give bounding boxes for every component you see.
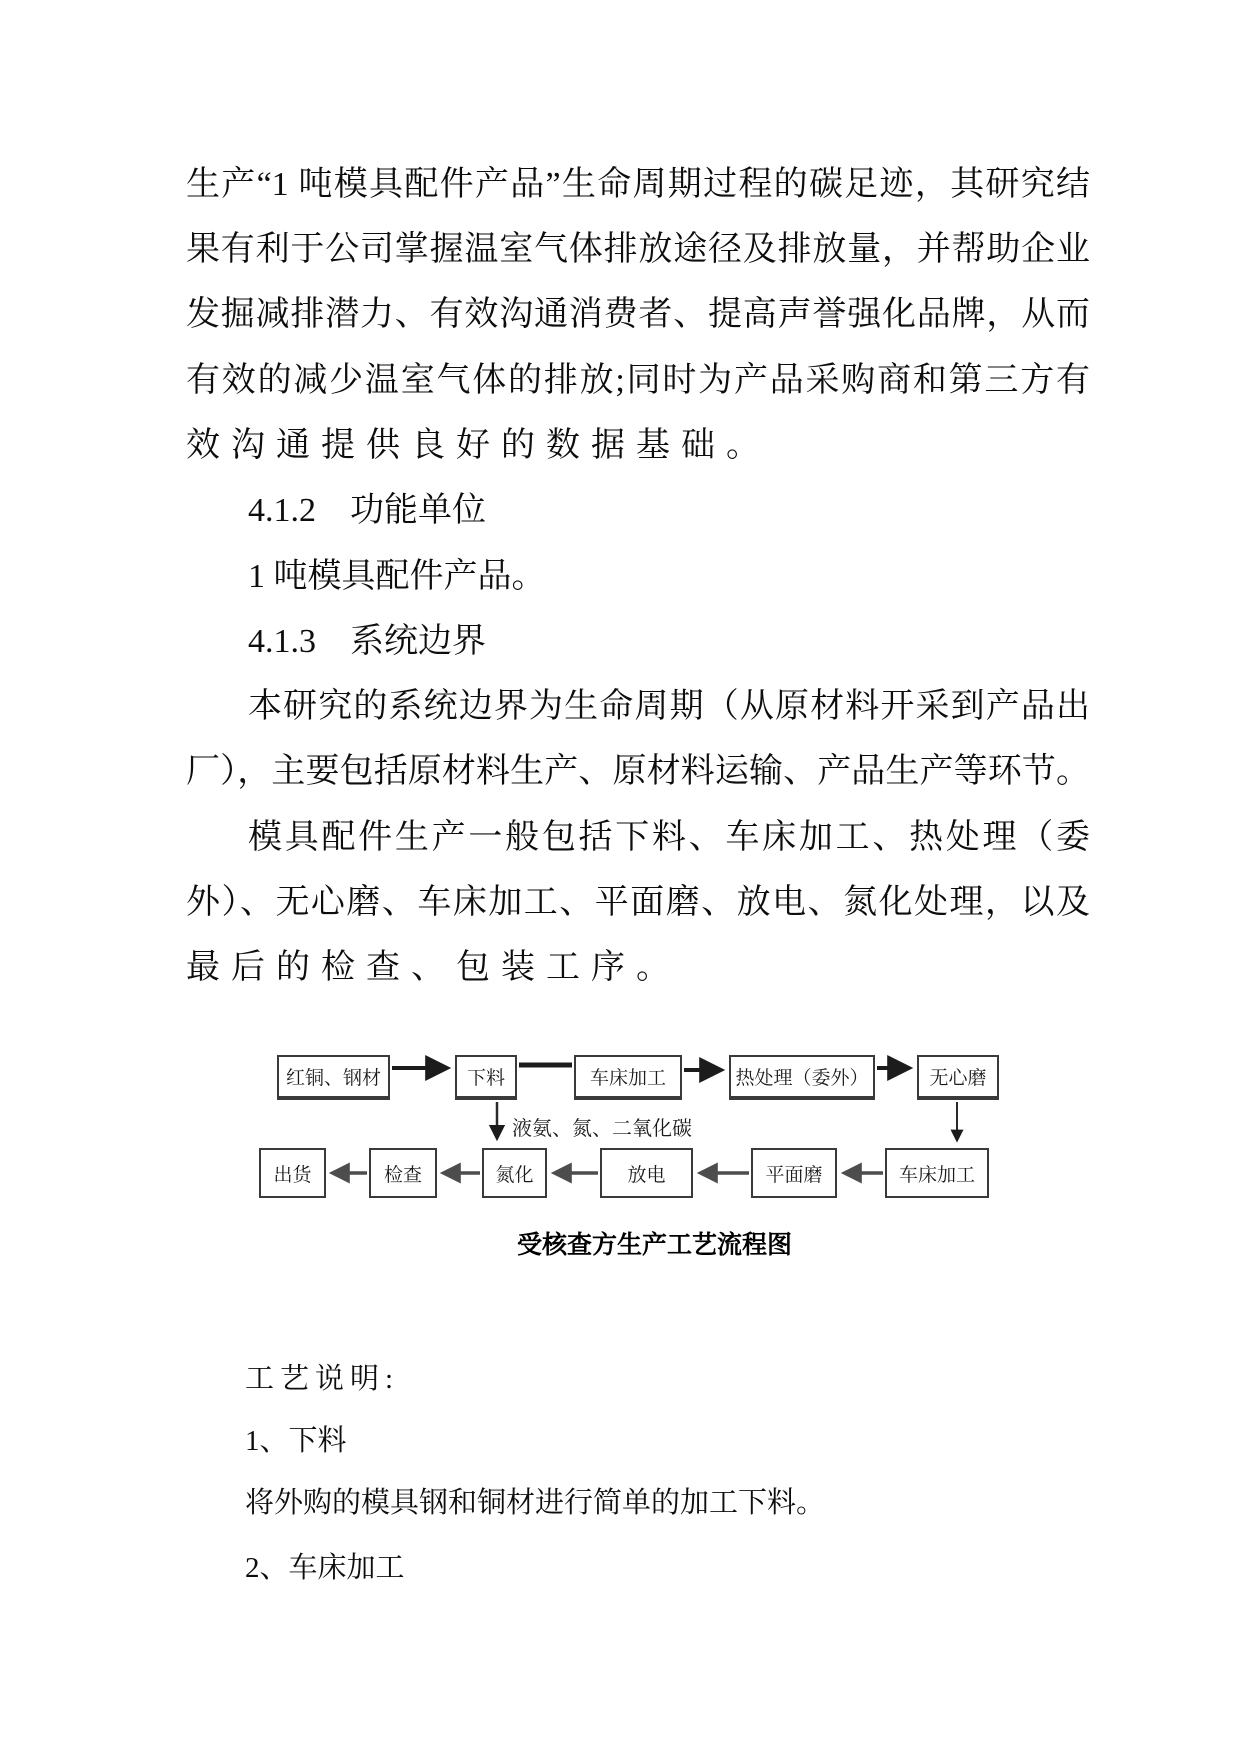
flow-box-centerless-grind: 无心磨 bbox=[917, 1055, 999, 1100]
body-line: 1 吨模具配件产品。 bbox=[186, 555, 1090, 599]
note-line-step-2: 2、车床加工 bbox=[245, 1548, 405, 1588]
flow-box-nitriding: 氮化 bbox=[482, 1148, 547, 1198]
body-line: 效沟通提供良好的数据基础。 bbox=[186, 424, 1090, 468]
flow-box-inspection: 检查 bbox=[369, 1148, 437, 1198]
body-line: 外）、无心磨、车床加工、平面磨、放电、氮化处理，以及 bbox=[186, 881, 1090, 925]
flow-box-cutting: 下料 bbox=[455, 1055, 517, 1100]
body-line: 发掘减排潜力、有效沟通消费者、提高声誉强化品牌，从而 bbox=[186, 293, 1090, 337]
section-heading-4-1-3: 4.1.3 系统边界 bbox=[186, 620, 1090, 664]
body-line: 有效的减少温室气体的排放;同时为产品采购商和第三方有 bbox=[186, 359, 1090, 403]
body-line: 本研究的系统边界为生命周期（从原材料开采到产品出 bbox=[186, 685, 1090, 729]
body-line: 生产“1 吨模具配件产品”生命周期过程的碳足迹，其研究结 bbox=[186, 163, 1090, 207]
note-line-step-1-desc: 将外购的模具钢和铜材进行简单的加工下料。 bbox=[245, 1483, 825, 1523]
flow-box-lathe-machining: 车床加工 bbox=[574, 1055, 682, 1100]
flowchart-caption: 受核查方生产工艺流程图 bbox=[517, 1225, 792, 1261]
note-line-step-1: 1、下料 bbox=[245, 1421, 347, 1461]
section-heading-4-1-2: 4.1.2 功能单位 bbox=[186, 489, 1090, 533]
body-line: 模具配件生产一般包括下料、车床加工、热处理（委 bbox=[186, 816, 1090, 860]
flow-box-heat-treatment: 热处理（委外） bbox=[729, 1055, 875, 1100]
flow-box-surface-grinding: 平面磨 bbox=[751, 1148, 837, 1198]
body-line: 厂），主要包括原材料生产、原材料运输、产品生产等环节。 bbox=[186, 750, 1090, 794]
flow-box-shipping: 出货 bbox=[259, 1148, 326, 1198]
flow-input-label: 液氨、氮、二氧化碳 bbox=[512, 1112, 692, 1141]
flow-box-raw-material: 红铜、钢材 bbox=[277, 1055, 390, 1100]
flow-box-edm: 放电 bbox=[600, 1148, 693, 1198]
document-page: 生产“1 吨模具配件产品”生命周期过程的碳足迹，其研究结 果有利于公司掌握温室气… bbox=[0, 0, 1240, 1753]
note-line-process-title: 工艺说明: bbox=[245, 1359, 399, 1399]
flow-box-lathe-machining-2: 车床加工 bbox=[885, 1148, 989, 1198]
body-line: 最后的检查、包装工序。 bbox=[186, 946, 1090, 990]
body-line: 果有利于公司掌握温室气体排放途径及排放量，并帮助企业 bbox=[186, 228, 1090, 272]
